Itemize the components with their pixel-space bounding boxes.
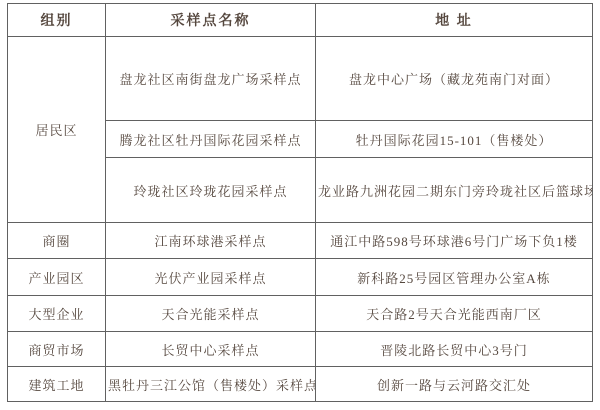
table-row: 商圈 江南环球港采样点 通江中路598号环球港6号门广场下负1楼	[8, 223, 593, 259]
site-name-cell: 玲珑社区玲珑花园采样点	[106, 158, 316, 223]
group-cell-business-district: 商圈	[8, 223, 106, 259]
group-cell-large-enterprise: 大型企业	[8, 296, 106, 332]
site-name-cell: 腾龙社区牡丹国际花园采样点	[106, 121, 316, 158]
site-name-cell: 光伏产业园采样点	[106, 259, 316, 296]
col-header-group: 组别	[8, 4, 106, 37]
address-cell: 创新一路与云河路交汇处	[316, 367, 593, 402]
site-name-cell: 黑牡丹三江公馆（售楼处）采样点	[106, 367, 316, 402]
table-row: 居民区 盘龙社区南街盘龙广场采样点 盘龙中心广场（藏龙苑南门对面）	[8, 37, 593, 121]
address-cell: 通江中路598号环球港6号门广场下负1楼	[316, 223, 593, 259]
address-cell: 盘龙中心广场（藏龙苑南门对面）	[316, 37, 593, 121]
site-name-cell: 盘龙社区南街盘龙广场采样点	[106, 37, 316, 121]
group-cell-industrial-park: 产业园区	[8, 259, 106, 296]
col-header-address: 地 址	[316, 4, 593, 37]
table-row: 产业园区 光伏产业园采样点 新科路25号园区管理办公室A栋	[8, 259, 593, 296]
table-row: 商贸市场 长贸中心采样点 晋陵北路长贸中心3号门	[8, 332, 593, 367]
site-name-cell: 长贸中心采样点	[106, 332, 316, 367]
site-name-cell: 天合光能采样点	[106, 296, 316, 332]
table-row: 建筑工地 黑牡丹三江公馆（售楼处）采样点 创新一路与云河路交汇处	[8, 367, 593, 402]
table-row: 大型企业 天合光能采样点 天合路2号天合光能西南厂区	[8, 296, 593, 332]
site-name-cell: 江南环球港采样点	[106, 223, 316, 259]
table-header-row: 组别 采样点名称 地 址	[8, 4, 593, 37]
col-header-site-name: 采样点名称	[106, 4, 316, 37]
sampling-points-page: 组别 采样点名称 地 址 居民区 盘龙社区南街盘龙广场采样点 盘龙中心广场（藏龙…	[0, 0, 600, 410]
address-cell: 天合路2号天合光能西南厂区	[316, 296, 593, 332]
group-cell-trade-market: 商贸市场	[8, 332, 106, 367]
group-cell-construction-site: 建筑工地	[8, 367, 106, 402]
address-cell: 晋陵北路长贸中心3号门	[316, 332, 593, 367]
group-cell-residential: 居民区	[8, 37, 106, 223]
address-cell: 牡丹国际花园15-101（售楼处）	[316, 121, 593, 158]
sampling-points-table: 组别 采样点名称 地 址 居民区 盘龙社区南街盘龙广场采样点 盘龙中心广场（藏龙…	[7, 3, 593, 402]
address-cell: 龙业路九洲花园二期东门旁玲珑社区后篮球场	[316, 158, 593, 223]
address-cell: 新科路25号园区管理办公室A栋	[316, 259, 593, 296]
